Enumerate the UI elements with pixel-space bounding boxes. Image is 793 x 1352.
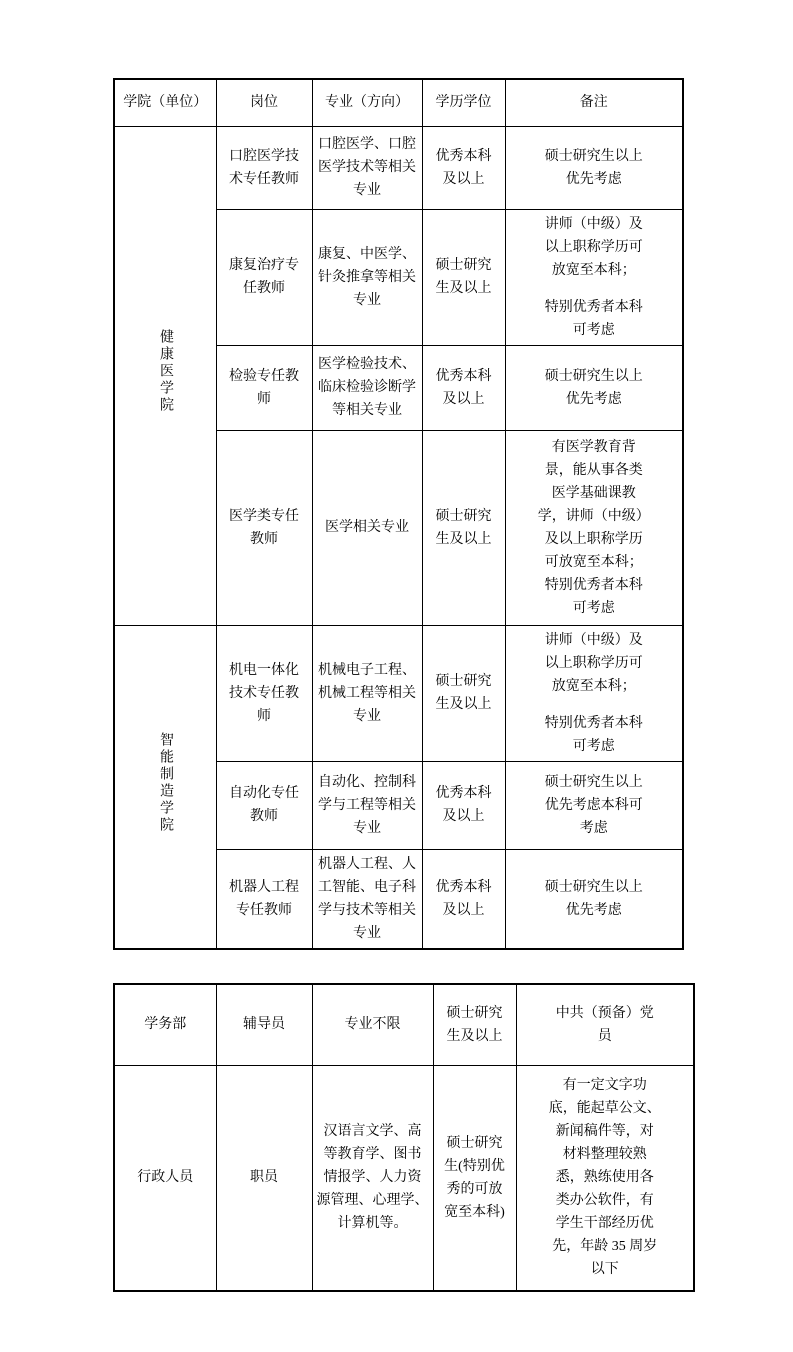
major-cell-line: 机械工程等相关 [317,682,418,705]
degree-cell-line: 生及以上 [438,1025,512,1048]
remark-cell-line: 放宽至本科； [510,259,679,282]
position-cell: 检验专任教师 [216,345,312,430]
position-cell-line: 术专任教师 [221,168,308,191]
degree-cell-line: 生(特别优 [438,1155,512,1178]
position-cell: 职员 [216,1066,312,1291]
college-cell: 行政人员 [114,1066,216,1291]
remark-cell-line: 以上职称学历可 [510,236,679,259]
major-cell: 机械电子工程、机械工程等相关专业 [312,625,422,761]
remark-cell-line: 优先考虑 [510,168,679,191]
college-cell: 学务部 [114,984,216,1066]
header-cell: 备注 [505,79,683,126]
remark-cell: 讲师（中级）及以上职称学历可放宽至本科；特别优秀者本科可考虑 [505,625,683,761]
remark-cell-line: 硕士研究生以上 [510,365,679,388]
remark-cell-line: 新闻稿件等，对 [521,1120,690,1143]
paragraph-gap [510,282,679,296]
major-cell-line: 专业不限 [317,1013,429,1036]
major-cell-line: 工智能、电子科 [317,876,418,899]
remark-cell-line: 优先考虑 [510,899,679,922]
major-cell-line: 医学检验技术、 [317,353,418,376]
remark-cell-line: 学，讲师（中级） [510,505,679,528]
header-cell: 学院（单位） [114,79,216,126]
degree-cell-line: 优秀本科 [427,876,501,899]
major-cell: 汉语言文学、高等教育学、图书情报学、人力资源管理、心理学、计算机等。 [312,1066,433,1291]
major-cell-line: 等相关专业 [317,399,418,422]
major-cell-line: 等教育学、图书 [317,1143,429,1166]
major-cell-line: 针灸推拿等相关 [317,266,418,289]
position-cell: 辅导员 [216,984,312,1066]
degree-cell: 硕士研究生及以上 [433,984,516,1066]
position-cell-line: 医学类专任 [221,505,308,528]
position-cell: 自动化专任教师 [216,761,312,849]
remark-cell-line: 底，能起草公文、 [521,1097,690,1120]
remark-cell-line: 可考虑 [510,735,679,758]
position-cell-line: 机电一体化 [221,659,308,682]
remark-cell-line: 特别优秀者本科 [510,574,679,597]
remark-cell-line: 讲师（中级）及 [510,629,679,652]
degree-cell: 硕士研究生及以上 [422,430,505,625]
degree-cell-line: 硕士研究 [427,505,501,528]
position-cell: 机器人工程专任教师 [216,849,312,949]
remark-cell-line: 员 [521,1025,690,1048]
degree-cell-line: 及以上 [427,899,501,922]
degree-cell-line: 硕士研究 [438,1132,512,1155]
remark-cell: 硕士研究生以上优先考虑 [505,126,683,209]
remark-cell-line: 悉，熟练使用各 [521,1166,690,1189]
remark-cell: 有医学教育背景，能从事各类医学基础课教学，讲师（中级）及以上职称学历可放宽至本科… [505,430,683,625]
remark-cell-line: 以上职称学历可 [510,652,679,675]
remark-cell-line: 可考虑 [510,597,679,620]
position-cell-line: 职员 [221,1166,308,1189]
major-cell-line: 专业 [317,922,418,945]
remark-cell-line: 放宽至本科； [510,675,679,698]
major-cell-line: 医学相关专业 [317,516,418,539]
remark-cell-line: 硕士研究生以上 [510,771,679,794]
header-cell: 岗位 [216,79,312,126]
remark-cell: 讲师（中级）及以上职称学历可放宽至本科；特别优秀者本科可考虑 [505,209,683,345]
remark-cell-line: 先，年龄 35 周岁 [521,1235,690,1258]
table-row: 智能制造学院机电一体化技术专任教师机械电子工程、机械工程等相关专业硕士研究生及以… [114,625,683,761]
remark-cell-line: 优先考虑本科可 [510,794,679,817]
remark-cell-line: 学生干部经历优 [521,1212,690,1235]
major-cell-line: 学与技术等相关 [317,899,418,922]
degree-cell-line: 优秀本科 [427,782,501,805]
degree-cell-line: 优秀本科 [427,145,501,168]
position-cell-line: 专任教师 [221,899,308,922]
major-cell-line: 专业 [317,705,418,728]
major-cell: 专业不限 [312,984,433,1066]
remark-cell-line: 类办公软件，有 [521,1189,690,1212]
position-cell-line: 自动化专任 [221,782,308,805]
position-cell-line: 康复治疗专 [221,254,308,277]
recruitment-table-staff-body: 学务部辅导员专业不限硕士研究生及以上中共（预备）党员行政人员职员汉语言文学、高等… [114,984,694,1291]
position-cell: 机电一体化技术专任教师 [216,625,312,761]
degree-cell-line: 优秀本科 [427,365,501,388]
major-cell: 口腔医学、口腔医学技术等相关专业 [312,126,422,209]
major-cell-line: 汉语言文学、高 [317,1120,429,1143]
degree-cell: 硕士研究生及以上 [422,209,505,345]
degree-cell-line: 硕士研究 [438,1002,512,1025]
major-cell-line: 计算机等。 [317,1212,429,1235]
college-vertical-label: 健康医学院 [158,329,173,414]
remark-cell-line: 讲师（中级）及 [510,213,679,236]
position-cell-line: 技术专任教 [221,682,308,705]
major-cell: 机器人工程、人工智能、电子科学与技术等相关专业 [312,849,422,949]
degree-cell-line: 宽至本科) [438,1201,512,1224]
paragraph-gap [510,698,679,712]
remark-cell-line: 硕士研究生以上 [510,876,679,899]
remark-cell-line: 可考虑 [510,319,679,342]
major-cell: 自动化、控制科学与工程等相关专业 [312,761,422,849]
position-cell: 医学类专任教师 [216,430,312,625]
recruitment-table-teaching-body: 学院（单位）岗位专业（方向）学历学位备注健康医学院口腔医学技术专任教师口腔医学、… [114,79,683,949]
position-cell-line: 师 [221,388,308,411]
position-cell-line: 教师 [221,528,308,551]
degree-cell-line: 硕士研究 [427,670,501,693]
major-cell-line: 康复、中医学、 [317,243,418,266]
position-cell-line: 口腔医学技 [221,145,308,168]
header-cell: 学历学位 [422,79,505,126]
degree-cell: 优秀本科及以上 [422,126,505,209]
table-row: 行政人员职员汉语言文学、高等教育学、图书情报学、人力资源管理、心理学、计算机等。… [114,1066,694,1291]
major-cell-line: 临床检验诊断学 [317,376,418,399]
degree-cell-line: 生及以上 [427,277,501,300]
remark-cell: 硕士研究生以上优先考虑 [505,849,683,949]
degree-cell-line: 及以上 [427,168,501,191]
major-cell-line: 情报学、人力资 [317,1166,429,1189]
major-cell: 医学相关专业 [312,430,422,625]
position-cell-line: 检验专任教 [221,365,308,388]
major-cell: 医学检验技术、临床检验诊断学等相关专业 [312,345,422,430]
major-cell-line: 医学技术等相关 [317,156,418,179]
remark-cell: 中共（预备）党员 [516,984,694,1066]
remark-cell-line: 硕士研究生以上 [510,145,679,168]
major-cell-line: 机械电子工程、 [317,659,418,682]
position-cell-line: 机器人工程 [221,876,308,899]
document-page: 学院（单位）岗位专业（方向）学历学位备注健康医学院口腔医学技术专任教师口腔医学、… [0,0,793,1352]
remark-cell-line: 以下 [521,1258,690,1281]
remark-cell-line: 有医学教育背 [510,436,679,459]
position-cell-line: 辅导员 [221,1013,308,1036]
table-row: 学务部辅导员专业不限硕士研究生及以上中共（预备）党员 [114,984,694,1066]
table-header-row: 学院（单位）岗位专业（方向）学历学位备注 [114,79,683,126]
college-vertical-label: 智能制造学院 [158,732,173,834]
position-cell-line: 教师 [221,805,308,828]
major-cell: 康复、中医学、针灸推拿等相关专业 [312,209,422,345]
remark-cell-line: 可放宽至本科； [510,551,679,574]
remark-cell-line: 中共（预备）党 [521,1002,690,1025]
college-cell: 健康医学院 [114,126,216,625]
remark-cell-line: 及以上职称学历 [510,528,679,551]
remark-cell: 有一定文字功底，能起草公文、新闻稿件等，对材料整理较熟悉，熟练使用各类办公软件，… [516,1066,694,1291]
degree-cell: 优秀本科及以上 [422,761,505,849]
major-cell-line: 机器人工程、人 [317,853,418,876]
remark-cell-line: 材料整理较熟 [521,1143,690,1166]
remark-cell-line: 特别优秀者本科 [510,712,679,735]
degree-cell-line: 生及以上 [427,528,501,551]
remark-cell-line: 特别优秀者本科 [510,296,679,319]
degree-cell-line: 秀的可放 [438,1178,512,1201]
major-cell-line: 口腔医学、口腔 [317,133,418,156]
remark-cell: 硕士研究生以上优先考虑 [505,345,683,430]
degree-cell-line: 及以上 [427,805,501,828]
position-cell-line: 任教师 [221,277,308,300]
major-cell-line: 专业 [317,817,418,840]
college-cell-line: 行政人员 [119,1166,212,1189]
major-cell-line: 源管理、心理学、 [317,1189,429,1212]
recruitment-table-staff: 学务部辅导员专业不限硕士研究生及以上中共（预备）党员行政人员职员汉语言文学、高等… [113,983,695,1292]
position-cell: 口腔医学技术专任教师 [216,126,312,209]
degree-cell-line: 及以上 [427,388,501,411]
degree-cell-line: 生及以上 [427,693,501,716]
remark-cell-line: 景，能从事各类 [510,459,679,482]
degree-cell: 硕士研究生及以上 [422,625,505,761]
recruitment-table-teaching: 学院（单位）岗位专业（方向）学历学位备注健康医学院口腔医学技术专任教师口腔医学、… [113,78,684,950]
remark-cell-line: 优先考虑 [510,388,679,411]
major-cell-line: 专业 [317,179,418,202]
remark-cell-line: 有一定文字功 [521,1074,690,1097]
table-row: 健康医学院口腔医学技术专任教师口腔医学、口腔医学技术等相关专业优秀本科及以上硕士… [114,126,683,209]
header-cell: 专业（方向） [312,79,422,126]
position-cell-line: 师 [221,705,308,728]
remark-cell-line: 考虑 [510,817,679,840]
major-cell-line: 自动化、控制科 [317,771,418,794]
degree-cell: 优秀本科及以上 [422,849,505,949]
position-cell: 康复治疗专任教师 [216,209,312,345]
college-cell: 智能制造学院 [114,625,216,949]
degree-cell: 优秀本科及以上 [422,345,505,430]
major-cell-line: 学与工程等相关 [317,794,418,817]
degree-cell-line: 硕士研究 [427,254,501,277]
college-cell-line: 学务部 [119,1013,212,1036]
degree-cell: 硕士研究生(特别优秀的可放宽至本科) [433,1066,516,1291]
remark-cell: 硕士研究生以上优先考虑本科可考虑 [505,761,683,849]
remark-cell-line: 医学基础课教 [510,482,679,505]
major-cell-line: 专业 [317,289,418,312]
